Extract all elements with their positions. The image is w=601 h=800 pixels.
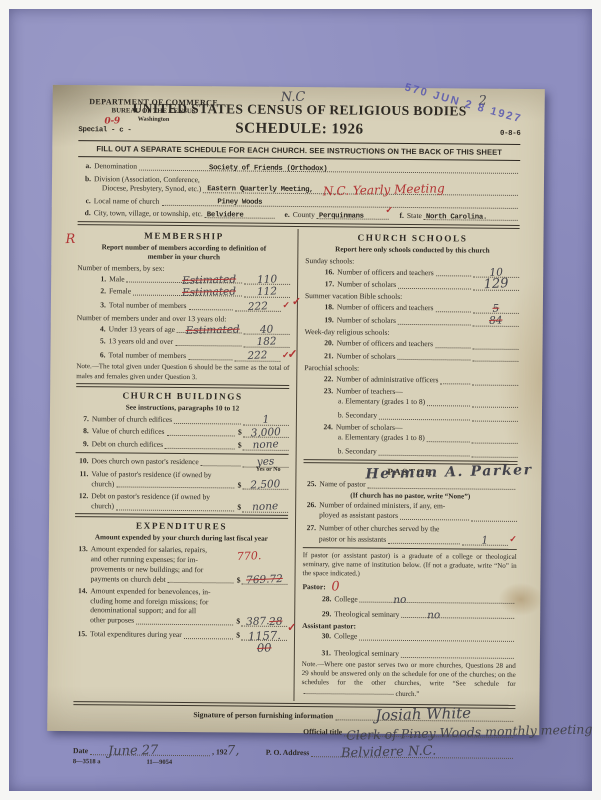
handwritten-answer-struck: 5 (492, 303, 499, 314)
dotted-leader (435, 339, 471, 348)
dollar-sign: $ (238, 480, 242, 490)
question-number: 6. (92, 350, 105, 360)
answer-line (472, 448, 518, 458)
dotted-leader (435, 303, 471, 312)
dollar-sign: $ (236, 617, 240, 627)
red-annotation: N.C. Yearly Meeting (323, 182, 445, 197)
answer-line: 5 (473, 304, 519, 314)
q31: 31. Theological seminary (302, 648, 516, 660)
dotted-leader (184, 630, 234, 639)
official-title-label: Official title (303, 727, 342, 737)
buildings-subtitle: See instructions, paragraphs 10 to 12 (76, 403, 289, 414)
schools-group-parochial: Parochial schools: (304, 363, 518, 375)
question-number: 25. (303, 479, 316, 489)
dotted-leader: Eastern Quarterly Meeting, N.C. Yearly M… (203, 184, 518, 196)
question-label: Number of church edifices (92, 414, 172, 424)
right-column: CHURCH SCHOOLS Report here only schools … (294, 229, 519, 703)
question-label: Female (109, 286, 131, 296)
dotted-leader: Belvidere N.C. (311, 748, 513, 759)
question-number: 21. (320, 351, 333, 361)
question-number: 17. (321, 279, 334, 289)
question-number: 31. (318, 648, 331, 658)
question-number: 10. (76, 456, 89, 466)
expenditures-title: EXPENDITURES (75, 520, 288, 534)
pastor-note-tail: church.” (395, 690, 419, 698)
q12-residence-debt: 12.Debt on pastor's residence (if owned … (75, 491, 288, 513)
date-handwritten: June 27 (108, 743, 159, 757)
form-number-1: 8—3518 a (73, 758, 101, 767)
question-label: Number of officers and teachers (337, 338, 434, 349)
question-label: Elementary (grades 1 to 8) (345, 433, 425, 443)
dollar-sign: $ (238, 440, 242, 450)
question-label-line: payments on church debt (90, 574, 165, 584)
dotted-leader (427, 433, 470, 442)
question-label: Number of scholars (336, 351, 395, 361)
rule (76, 452, 289, 455)
question-number: 24. (320, 423, 333, 433)
field-city-county-state: d. City, town, village, or township, etc… (78, 208, 520, 222)
question-label: Secondary (345, 411, 377, 421)
question-number: 14. (74, 586, 87, 596)
question-label: Does church own pastor's residence (92, 456, 199, 467)
form-number-2: 11—9054 (147, 759, 173, 768)
dotted-leader (398, 351, 471, 361)
question-label: Elementary (grades 1 to 8) (345, 397, 425, 407)
question-number: 19. (321, 315, 334, 325)
po-address-handwritten: Belvidere N.C. (341, 744, 437, 759)
question-label: Number of scholars— (336, 423, 403, 433)
sub-letter: b. (338, 447, 344, 457)
signature-block: Signature of person furnishing informati… (73, 709, 515, 771)
dotted-leader (188, 351, 233, 360)
dotted-leader (174, 415, 241, 425)
question-label: Total number of members (108, 351, 186, 361)
buildings-title: CHURCH BUILDINGS (76, 390, 289, 404)
question-label-line: pastor or his assistants (319, 535, 386, 545)
schools-subtitle: Report here only schools conducted by th… (305, 245, 519, 256)
red-check: ✓ (509, 534, 517, 546)
question-label: Number of officers and teachers (337, 267, 434, 278)
answer-line (472, 352, 518, 362)
yes-or-no-hint: Yes or No (256, 466, 281, 474)
date-year-handwritten: 7, (227, 744, 240, 757)
field-church-name: c. Local name of church Piney Woods (78, 196, 520, 210)
question-label: Amount expended for benevolences, in- (90, 586, 210, 597)
date-year-print: , 192 (212, 747, 227, 757)
question-number: 7. (76, 414, 89, 424)
question-label: Under 13 years of age (109, 324, 175, 334)
dollar-sign: $ (236, 631, 240, 641)
answer-line (472, 434, 518, 444)
handwritten-answer: 182 (256, 337, 276, 348)
margin-mark-r: R (65, 233, 75, 246)
form-columns: MEMBERSHIP Report number of members acco… (73, 227, 519, 703)
dotted-leader (359, 631, 514, 641)
typed-value: Eastern Quarterly Meeting, (207, 185, 313, 195)
identification-section: a. Denomination Society of Friends (Orth… (78, 161, 520, 222)
handwritten-prefix: Estimated (182, 287, 236, 299)
answer-line: 1 (243, 415, 289, 425)
q29: 29. Theological seminary no (302, 608, 516, 620)
field-label: State (407, 211, 422, 221)
question-label: Total expenditures during year (90, 630, 182, 641)
membership-note: Note.—The total given under Question 6 s… (76, 363, 289, 383)
dotted-leader (398, 315, 471, 325)
handwritten-answer: none (252, 439, 278, 451)
typed-value: North Carolina. (426, 213, 487, 223)
expenditures-subtitle: Amount expended by your church during la… (75, 533, 288, 544)
dotted-leader (201, 457, 241, 466)
question-label: Number of scholars (337, 279, 396, 289)
answer-line (472, 375, 518, 385)
field-letter: a. (78, 161, 91, 171)
question-label: College (334, 594, 357, 604)
field-label: Denomination (94, 162, 137, 172)
field-division: b. Division (Association, Conference, Di… (78, 174, 520, 197)
q5-over13: 5. 13 years old and over 182 (77, 336, 290, 348)
q24a: a. Elementary (grades 1 to 8) (304, 432, 518, 444)
answer-line (473, 339, 519, 349)
q26: 26.Number of ordained ministers, if any,… (303, 500, 517, 522)
field-label-line2: Diocese, Presbytery, Synod, etc.) (94, 184, 201, 194)
handwritten-answer: 3,000 (251, 427, 281, 439)
dotted-leader: Piney Woods (161, 196, 517, 208)
dotted-leader: North Carolina. (424, 211, 518, 221)
question-label2: church) (91, 479, 114, 489)
red-mark: ✓ (287, 621, 296, 635)
handwritten-answer: 387. (246, 616, 270, 628)
q23a: a. Elementary (grades 1 to 8) (304, 396, 518, 408)
question-label: Number of officers and teachers (337, 303, 434, 314)
answer-line: none (242, 502, 288, 512)
question-label: Theological seminary (334, 648, 399, 658)
answer-line: 112 (244, 287, 290, 297)
signature-label: Signature of person furnishing informati… (193, 710, 333, 721)
q19: 19. Number of scholars 84 (305, 315, 519, 327)
handwritten-answer: no (394, 595, 407, 606)
field-letter: c. (78, 196, 91, 206)
question-label: 13 years old and over (109, 336, 174, 346)
handwritten-answer-struck: 84 (489, 316, 503, 327)
question-label: Number of other churches served by the (319, 523, 439, 534)
photo-mat: N.C 2 570 JUN 2 8 1927 R DEPARTMENT OF C… (9, 9, 592, 791)
q20: 20. Number of officers and teachers (305, 338, 519, 350)
dotted-leader (136, 616, 233, 626)
dotted-leader: Estimated (133, 286, 242, 296)
handwritten-answer: 222 (248, 351, 268, 362)
question-number: 3. (93, 301, 106, 311)
dotted-leader (388, 535, 460, 545)
q28: 28. College no (302, 593, 516, 605)
field-denomination: a. Denomination Society of Friends (Orth… (78, 161, 520, 175)
question-number: 12. (75, 491, 88, 501)
sub-letter: b. (338, 410, 344, 420)
stamp-number: 570 (403, 81, 430, 99)
dotted-leader (175, 337, 241, 347)
red-check: ✓ (282, 300, 290, 312)
dotted-leader (436, 268, 472, 277)
handwritten-answer: 40 (260, 324, 274, 335)
dotted-leader: Belvidere (205, 209, 275, 219)
question-number: 23. (320, 386, 333, 396)
code-right: 0-8-6 (430, 129, 520, 139)
handwritten-cents-struck: 00 (256, 642, 271, 654)
answer-line (472, 397, 518, 407)
dotted-leader: June 27 (90, 746, 210, 756)
assistant-pastor-label: Assistant pastor: (302, 621, 356, 630)
question-label: Theological seminary (334, 609, 399, 619)
q7-edifices: 7. Number of church edifices 1 (76, 414, 289, 426)
red-zero-mark: 0 (332, 581, 341, 594)
q30: 30. College (302, 631, 516, 643)
handwritten-answer: 129 (483, 277, 508, 291)
dotted-leader (368, 479, 516, 489)
red-check: ✓ (385, 205, 393, 217)
special-label: Special - c - (78, 126, 131, 134)
pastor-title: PASTOR Herman A. Parker (303, 466, 517, 480)
question-label: Value of church edifices (92, 427, 165, 437)
q23b: b. Secondary (304, 410, 518, 422)
question-number: 18. (321, 303, 334, 313)
dotted-leader: Estimated (127, 274, 243, 284)
field-letter: b. (78, 174, 91, 184)
dotted-leader (165, 439, 235, 449)
handwritten-answer: no (427, 610, 440, 621)
pastor-grad-note: If pastor (or assistant pastor) is a gra… (303, 551, 517, 580)
schools-group-sunday: Sunday schools: (305, 256, 519, 268)
date-label: Date (73, 746, 88, 756)
group-heading: Summer vacation Bible schools: (305, 291, 402, 301)
official-title-row: Official title Clerk of Piney Woods mont… (73, 725, 515, 739)
dotted-leader (166, 427, 235, 437)
typed-value: Perquinmans (319, 212, 364, 222)
dotted-leader: Josiah White (335, 711, 513, 722)
dotted-leader (188, 301, 233, 310)
rule (303, 547, 517, 550)
question-number: 9. (76, 439, 89, 449)
dotted-leader: no (401, 609, 514, 619)
dotted-leader (116, 501, 234, 511)
q18: 18. Number of officers and teachers 5 (305, 302, 519, 314)
question-number: 27. (303, 523, 316, 533)
answer-line: 110 (244, 275, 290, 285)
dollar-sign: $ (237, 502, 241, 512)
field-letter: d. (78, 208, 91, 218)
sub-letter: a. (338, 433, 343, 443)
dotted-leader: Society of Friends (Orthodox) (139, 162, 518, 174)
dotted-leader: Perquinmans✓ (317, 210, 389, 220)
question-number: 28. (318, 594, 331, 604)
question-label: Secondary (345, 447, 377, 457)
question-label: Name of pastor (319, 479, 365, 489)
schools-group-summer: ✓ Summer vacation Bible schools: (305, 291, 519, 303)
pastor-note: Note.—Where one pastor serves two or mor… (301, 660, 515, 700)
q14-benevolences: 14.Amount expended for benevolences, in-… (74, 586, 287, 627)
dotted-leader (440, 375, 470, 384)
answer-line: 3,000 (243, 428, 289, 438)
question-label: Number of teachers— (336, 386, 403, 396)
red-check: ✓ (292, 295, 301, 309)
dotted-leader (304, 687, 394, 695)
dotted-leader (379, 447, 470, 457)
schools-group-weekday: Week-day religious schools: (305, 327, 519, 339)
answer-line: 222 (235, 351, 281, 361)
question-number: 30. (318, 631, 331, 641)
question-label: Number of scholars (337, 315, 396, 325)
question-number: 26. (303, 500, 316, 510)
handwritten-answer: none (252, 501, 278, 513)
dotted-leader (168, 574, 234, 584)
q9-debt: 9. Debt on church edifices $ none (76, 439, 289, 451)
census-form-document: N.C 2 570 JUN 2 8 1927 R DEPARTMENT OF C… (47, 85, 545, 735)
dotted-leader (379, 411, 470, 421)
question-number: 5. (93, 336, 106, 346)
question-label: College (334, 631, 357, 641)
answer-line: 770. 769.72 (241, 575, 287, 585)
dotted-leader (427, 397, 470, 406)
pastor-line: Pastor: 0 (302, 580, 516, 595)
answer-line: 182 (244, 337, 290, 347)
question-number: 13. (75, 544, 88, 554)
answer-line: 129 (473, 280, 519, 290)
q3-total: 3. Total number of members 222 ✓ (77, 298, 290, 312)
field-label: County (293, 210, 315, 220)
q21: ✓ 21. Number of scholars (304, 350, 518, 362)
typed-value: Piney Woods (217, 198, 262, 208)
question-number: 11. (75, 469, 88, 479)
field-label: City, town, village, or township, etc. (94, 209, 203, 220)
po-address-label: P. O. Address (266, 747, 310, 757)
handwritten-answer: 2,500 (250, 479, 280, 491)
sub-letter: a. (338, 396, 343, 406)
membership-subtitle: Report number of members according to de… (93, 243, 274, 263)
answer-line: none (243, 440, 289, 450)
question-number: 8. (76, 426, 89, 436)
field-label: Division (Association, Conference, Dioce… (94, 174, 201, 194)
question-number: 1. (93, 274, 106, 284)
question-number: 22. (320, 374, 333, 384)
dotted-leader (116, 479, 234, 489)
answer-line: 387.28 (241, 617, 287, 627)
q10-owns-residence: 10. Does church own pastor's residence y… (76, 456, 289, 468)
date-address-row: Date June 27 , 192 7, P. O. Address Belv… (73, 743, 515, 760)
section-divider (76, 383, 289, 389)
q24b: b. Secondary (304, 446, 518, 458)
handwritten-answer: 769.72 (246, 574, 283, 586)
section-divider (75, 513, 288, 519)
typed-value: Society of Friends (Orthodox) (209, 164, 327, 175)
handwritten-cents-struck: 28 (269, 617, 283, 628)
question-label: Male (109, 274, 125, 284)
red-check: ✓ (287, 347, 297, 363)
dotted-leader (398, 280, 471, 290)
question-number: 20. (321, 338, 334, 348)
q25: 25. Name of pastor (303, 479, 517, 491)
q8-value: 8. Value of church edifices $ 3,000 (76, 426, 289, 438)
answer-line: 222 (235, 301, 281, 311)
question-number: 2. (93, 286, 106, 296)
pastor-name-handwritten: Herman A. Parker (365, 463, 533, 481)
dotted-leader: Estimated (177, 324, 242, 334)
pencil-note-nc: N.C (281, 91, 306, 105)
pastor-note-text: Note.—Where one pastor serves two or mor… (302, 660, 516, 688)
question-label: Number of administrative officers (336, 374, 438, 385)
question-number: 29. (318, 609, 331, 619)
answer-line: 1 (462, 536, 508, 546)
question-label: Total number of members (109, 301, 187, 311)
question-label-line: ployed as assistant pastors (319, 511, 398, 521)
q6-total: 6. Total number of members 222 ✓ (76, 348, 289, 362)
dotted-leader: no (360, 594, 515, 604)
signature-row: Signature of person furnishing informati… (73, 709, 515, 723)
q22: 22. Number of administrative officers (304, 374, 518, 386)
q17: 17. Number of scholars 129 (305, 279, 519, 291)
pastor-label: Pastor: (302, 582, 325, 592)
answer-line: 84 (473, 316, 519, 326)
handwritten-prefix: Estimated (186, 324, 240, 336)
official-title-handwritten: Clerk of Piney Woods monthly meeting (346, 723, 592, 742)
q27: 27.Number of other churches served by th… (303, 523, 517, 546)
typed-value: Belvidere (207, 211, 244, 221)
question-label-line: other purposes (90, 616, 134, 626)
field-label: Local name of church (94, 196, 160, 206)
left-column: MEMBERSHIP Report number of members acco… (73, 227, 298, 701)
handwritten-answer: 1 (262, 415, 269, 426)
membership-group2: Number of members under and over 13 year… (77, 313, 290, 325)
answer-line: 2,500 (242, 480, 288, 490)
q4-under13: 4. Under 13 years of age Estimated 40 (77, 323, 290, 335)
special-code: 0-9 Special - c - (78, 126, 168, 136)
answer-line (471, 512, 517, 522)
answer-line (472, 411, 518, 421)
special-code-annotation: 0-9 (104, 117, 120, 126)
answer-line: 40 (244, 325, 290, 335)
question-label2: church) (91, 501, 114, 511)
q15-total-expenditures: 15. Total expenditures during year $ 115… (74, 629, 287, 641)
dotted-leader: Clerk of Piney Woods monthly meeting (344, 727, 513, 737)
question-label: Debt on church edifices (92, 439, 164, 449)
field-letter: e. (277, 210, 290, 220)
q1-male: 1. Male Estimated 110 (77, 273, 290, 285)
q2-female: 2. Female Estimated 112 (77, 286, 290, 298)
signature-handwritten: Josiah White (375, 705, 471, 723)
answer-line: 1157.00 (241, 631, 287, 641)
handwritten-answer: 222 (248, 301, 268, 312)
dotted-leader (401, 649, 514, 659)
handwritten-prefix: Estimated (182, 274, 236, 286)
handwritten-answer: 110 (257, 274, 277, 285)
q13-running-expenses: 13.Amount expended for salaries, repairs… (74, 544, 287, 585)
field-label-line1: Division (Association, Conference, (94, 174, 200, 184)
membership-group1: Number of members, by sex: (77, 263, 290, 275)
question-number: 4. (93, 324, 106, 334)
form-numbers: 8—3518 a 11—9054 (73, 758, 515, 770)
handwritten-answer: 1 (482, 535, 489, 546)
handwritten-answer: 112 (257, 287, 277, 298)
question-number: 15. (74, 629, 87, 639)
schedule-title: SCHEDULE: 1926 (168, 119, 430, 141)
schools-title: CHURCH SCHOOLS (305, 232, 519, 246)
instruction-banner: FILL OUT A SEPARATE SCHEDULE FOR EACH CH… (78, 140, 520, 161)
question-number: 16. (321, 267, 334, 277)
dollar-sign: $ (238, 428, 242, 438)
membership-title: MEMBERSHIP (77, 230, 290, 244)
dotted-leader (400, 511, 469, 521)
